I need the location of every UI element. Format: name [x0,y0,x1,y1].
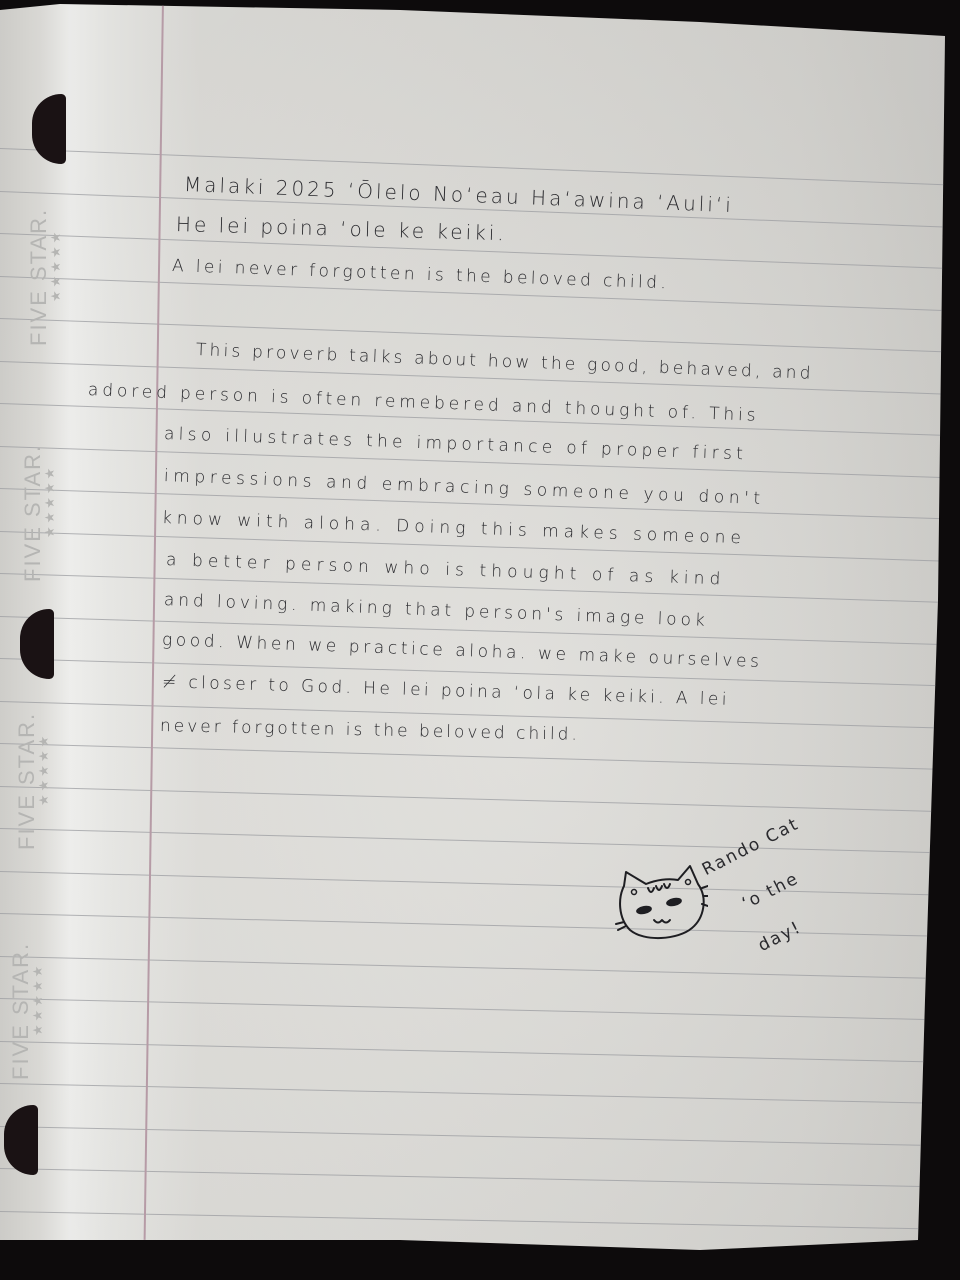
body-line: also illustrates the importance of prope… [164,424,748,464]
body-line: adored person is often remebered and tho… [88,380,760,426]
rule-line [0,956,960,980]
brand-watermark: FIVE STAR. ★★★★★ [14,712,52,850]
doodle-caption-line-3: day! [755,917,805,956]
rule-line [0,998,960,1021]
rule-line [0,148,959,186]
body-line: and loving. making that person's image l… [164,590,709,631]
rule-line [0,828,960,854]
rule-line [0,913,960,937]
binder-hole-middle [20,609,54,679]
proverb-hawaiian: He lei poina ʻole ke keiki. [176,212,507,245]
binder-hole-top [32,94,66,164]
rule-line [0,743,960,770]
body-line: know with aloha. Doing this makes someon… [162,508,747,548]
brand-watermark: FIVE STAR. ★★★★★ [8,942,46,1080]
body-line: never forgotten is the beloved child. [160,716,580,745]
body-line: This proverb talks about how the good, b… [196,340,814,384]
binder-hole-bottom [4,1105,38,1175]
rule-line [0,1126,960,1147]
rule-line [0,786,960,813]
rule-line [0,1083,960,1104]
body-line: a better person who is thought of as kin… [166,550,726,590]
cat-face-icon [612,858,708,944]
rule-line [0,318,959,353]
proverb-english: A lei never forgotten is the beloved chi… [172,256,670,293]
brand-watermark: FIVE STAR. ★★★★★ [20,444,58,582]
rule-line [0,1253,960,1271]
brand-watermark: FIVE STAR. ★★★★★ [26,208,64,346]
page-title: Malaki 2025 ʻŌlelo Noʻeau Haʻawina ʻAuli… [184,172,735,217]
rule-line [0,1041,960,1063]
notebook-paper: FIVE STAR. ★★★★★ FIVE STAR. ★★★★★ FIVE S… [0,0,960,1280]
rule-line [0,871,960,896]
